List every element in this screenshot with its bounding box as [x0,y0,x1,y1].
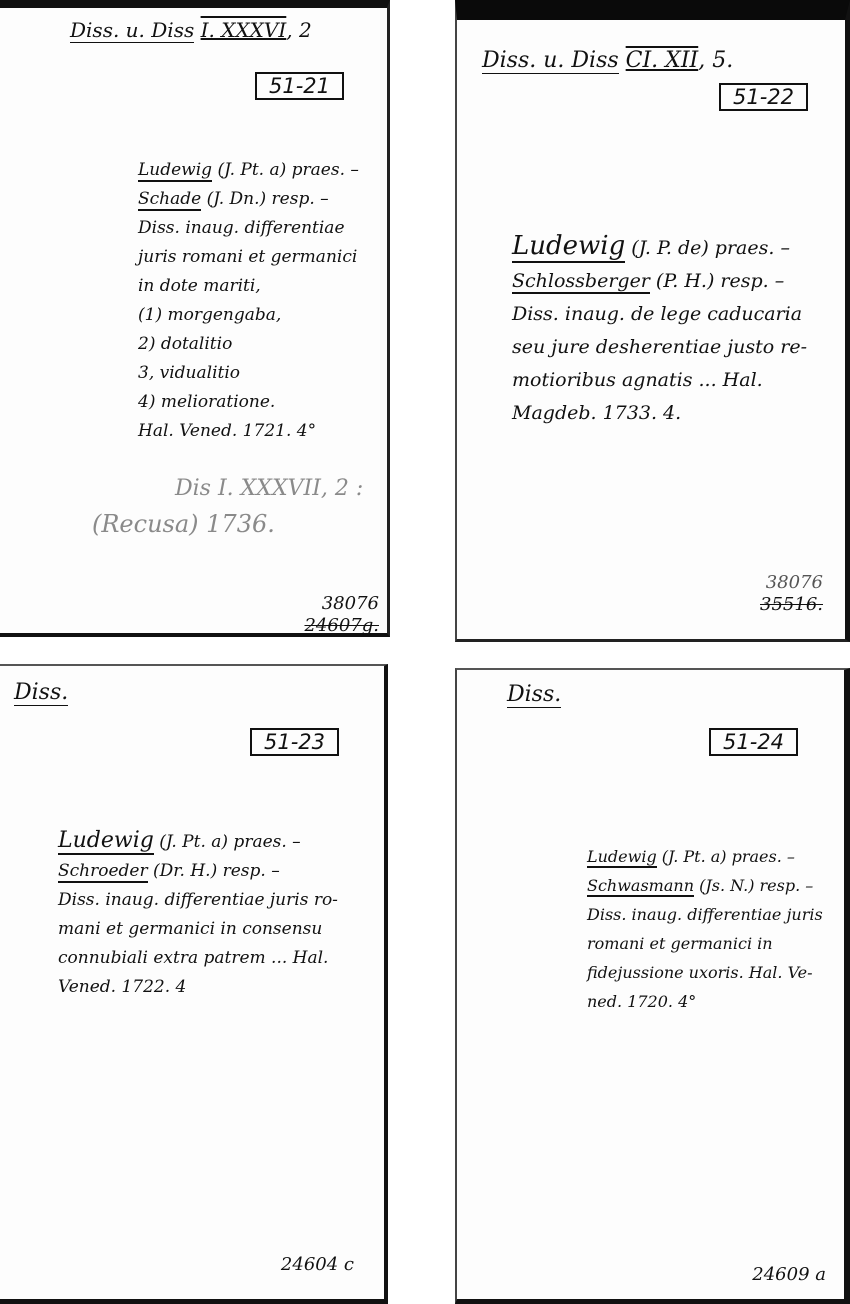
shelf-mark: 51-21 [255,72,344,100]
author-line: Ludewig (J. Pt. a) praes. – [58,826,338,857]
author-name: Ludewig [512,231,625,263]
shelf-mark: 51-24 [709,728,798,756]
call-number-prefix: Diss. [14,680,68,706]
title-line: Magdeb. 1733. 4. [512,397,807,430]
title-line: Vened. 1722. 4 [58,973,338,1002]
accession-struck: 24607g. [304,615,379,637]
call-number: Diss. u. Diss CI. XII, 5. [482,48,733,73]
respondent-name: Schlossberger [512,270,650,294]
author-details: (J. P. de) praes. – [625,237,790,259]
accession-numbers: 24609 a [752,1264,826,1286]
call-number: Diss. [14,680,68,705]
catalog-card-51-21: Diss. u. Diss I. XXXVI, 2 51-21 Ludewig … [0,0,390,637]
accession-numbers: 24604 c [281,1254,354,1276]
title-line: 2) dotalitio [138,330,359,359]
title-line: romani et germanici in [587,929,823,958]
title-line: mani et germanici in consensu [58,915,338,944]
title-line: (1) morgengaba, [138,301,359,330]
accession-current: 24609 a [752,1264,826,1285]
catalog-card-51-23: Diss. 51-23 Ludewig (J. Pt. a) praes. – … [0,664,388,1304]
call-number-volume: CI. XII [626,48,699,73]
title-line: juris romani et germanici [138,243,359,272]
title-line: motioribus agnatis ... Hal. [512,364,807,397]
catalog-card-51-24: Diss. 51-24 Ludewig (J. Pt. a) praes. – … [455,668,850,1304]
accession-current: 38076 [760,572,823,594]
call-number: Diss. u. Diss I. XXXVI, 2 [70,18,312,42]
respondent-details: (Js. N.) resp. – [694,876,813,895]
call-number: Diss. [507,682,561,707]
title-line: fidejussione uxoris. Hal. Ve- [587,958,823,987]
accession-numbers: 38076 35516. [760,572,823,616]
author-line: Ludewig (J. Pt. a) praes. – [587,842,823,871]
shelf-mark: 51-22 [719,83,808,111]
author-name: Ludewig [58,828,154,855]
shelf-mark: 51-23 [250,728,339,756]
author-details: (J. Pt. a) praes. – [154,832,301,852]
title-line: Hal. Vened. 1721. 4° [138,417,359,446]
respondent-line: Schwasmann (Js. N.) resp. – [587,871,823,900]
pencil-reference: Dis I. XXXVII, 2 : [175,476,363,501]
catalog-card-51-22: Diss. u. Diss CI. XII, 5. 51-22 Ludewig … [455,0,850,642]
card-entry: Ludewig (J. Pt. a) praes. – Schroeder (D… [58,826,338,1002]
respondent-details: (P. H.) resp. – [650,270,784,292]
card-entry: Ludewig (J. P. de) praes. – Schlossberge… [512,230,807,430]
accession-struck: 35516. [760,594,823,616]
title-line: Diss. inaug. differentiae juris ro- [58,886,338,915]
card-entry: Ludewig (J. Pt. a) praes. – Schwasmann (… [587,842,823,1016]
title-line: ned. 1720. 4° [587,987,823,1016]
author-name: Ludewig [587,847,657,868]
call-number-item: , 5. [698,48,733,73]
respondent-line: Schroeder (Dr. H.) resp. – [58,857,338,886]
title-line: Diss. inaug. differentiae juris [587,900,823,929]
respondent-name: Schroeder [58,861,148,883]
title-line: in dote mariti, [138,272,359,301]
call-number-prefix: Diss. u. Diss [482,48,619,74]
author-name: Ludewig [138,160,212,182]
respondent-name: Schade [138,189,201,211]
accession-current: 38076 [304,593,379,615]
author-line: Ludewig (J. P. de) praes. – [512,230,807,265]
title-line: Diss. inaug. differentiae [138,214,359,243]
author-details: (J. Pt. a) praes. – [657,847,795,866]
card-entry: Ludewig (J. Pt. a) praes. – Schade (J. D… [138,156,359,446]
author-details: (J. Pt. a) praes. – [212,160,359,180]
respondent-details: (Dr. H.) resp. – [148,861,280,881]
call-number-prefix: Diss. u. Diss [70,18,194,43]
title-line: 4) melioratione. [138,388,359,417]
respondent-line: Schade (J. Dn.) resp. – [138,185,359,214]
call-number-prefix: Diss. [507,682,561,708]
title-line: connubiali extra patrem ... Hal. [58,944,338,973]
call-number-item: , 2 [286,18,311,42]
call-number-volume: I. XXXVI [201,18,287,42]
title-line: 3, vidualitio [138,359,359,388]
title-line: seu jure desherentiae justo re- [512,331,807,364]
accession-numbers: 38076 24607g. [304,593,379,637]
respondent-line: Schlossberger (P. H.) resp. – [512,265,807,298]
title-line: Diss. inaug. de lege caducaria [512,298,807,331]
respondent-name: Schwasmann [587,876,694,897]
accession-current: 24604 c [281,1254,354,1275]
pencil-note: (Recusa) 1736. [92,510,275,538]
respondent-details: (J. Dn.) resp. – [201,189,328,209]
author-line: Ludewig (J. Pt. a) praes. – [138,156,359,185]
